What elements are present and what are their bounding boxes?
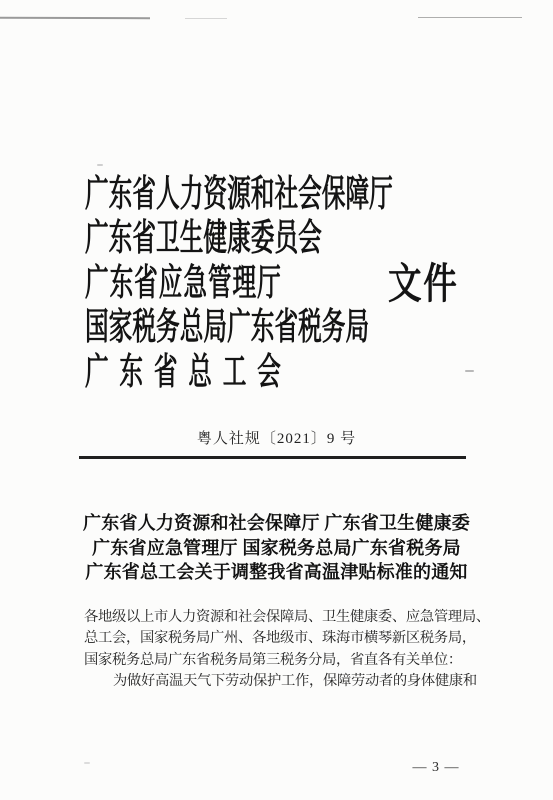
scanned-document-page: 广东省人力资源和社会保障厅 广东省卫生健康委员会 广东省应急管理厅 国家税务总局… <box>0 0 553 800</box>
body-line: 为做好高温天气下劳动保护工作，保障劳动者的身体健康和 <box>84 671 496 692</box>
document-title: 广东省人力资源和社会保障厅 广东省卫生健康委 广东省应急管理厅 国家税务总局广东… <box>0 511 553 585</box>
agency-name: 广东省人力资源和社会保障厅 <box>85 176 391 213</box>
scan-artifact-line <box>418 17 522 18</box>
agency-name: 广东省应急管理厅 <box>85 265 281 302</box>
body-line: 国家税务总局广东省税务局第三税务分局，省直各有关单位： <box>84 650 496 671</box>
agency-name: 广东省总工会 <box>85 354 281 391</box>
agency-name: 广东省卫生健康委员会 <box>85 220 322 257</box>
document-number: 粤人社规〔2021〕9 号 <box>0 427 553 448</box>
letterhead-line: 广东省人力资源和社会保障厅 <box>85 172 391 217</box>
letterhead-line: 广东省总工会 <box>85 350 391 395</box>
letterhead-wenjian-label: 文件 <box>388 264 458 306</box>
page-number: — 3 — <box>404 760 468 776</box>
title-line: 广东省总工会关于调整我省高温津贴标准的通知 <box>0 560 553 585</box>
agency-name: 国家税务总局广东省税务局 <box>85 309 369 346</box>
letterhead-rule <box>79 456 466 459</box>
scan-speck <box>97 164 103 166</box>
scan-artifact-line <box>185 18 227 19</box>
body-line: 总工会，国家税务局广州、各地级市、珠海市横琴新区税务局， <box>84 628 496 649</box>
scan-speck <box>84 762 90 764</box>
scan-artifact-line <box>0 17 150 19</box>
letterhead-line: 国家税务总局广东省税务局 <box>85 306 391 351</box>
body-line: 各地级以上市人力资源和社会保障局、卫生健康委、应急管理局、 <box>84 607 496 628</box>
title-line: 广东省应急管理厅 国家税务总局广东省税务局 <box>0 536 553 561</box>
letterhead-line: 广东省卫生健康委员会 <box>85 217 391 262</box>
title-line: 广东省人力资源和社会保障厅 广东省卫生健康委 <box>0 511 553 536</box>
document-body: 各地级以上市人力资源和社会保障局、卫生健康委、应急管理局、 总工会，国家税务局广… <box>84 607 496 692</box>
letterhead-line: 广东省应急管理厅 <box>85 261 391 306</box>
scan-speck <box>465 370 474 372</box>
letterhead: 广东省人力资源和社会保障厅 广东省卫生健康委员会 广东省应急管理厅 国家税务总局… <box>85 172 391 395</box>
